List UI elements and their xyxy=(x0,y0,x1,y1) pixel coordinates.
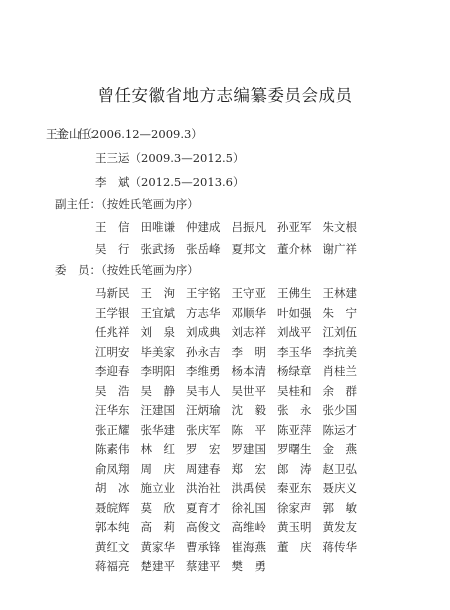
person-name: 肖桂兰 xyxy=(323,363,369,379)
person-name: 董介林 xyxy=(277,241,323,257)
person-name: 黄发友 xyxy=(323,519,369,535)
person-name: 樊 勇 xyxy=(232,558,278,574)
director-section: 主 任：王金山（2006.12—2009.3） xyxy=(0,126,203,142)
person-name: 叶如强 xyxy=(277,305,323,321)
person-name: 王宇铭 xyxy=(186,285,232,301)
person-name: 俞凤翔 xyxy=(95,461,141,477)
name-row: 王学银王宜斌方志华邓顺华叶如强朱 宁 xyxy=(95,305,368,321)
person-name: 黄家华 xyxy=(141,539,187,555)
person-name: 仲建成 xyxy=(186,219,232,235)
person-name: 蔡建平 xyxy=(186,558,232,574)
person-name: 施立业 xyxy=(141,480,187,496)
person-name: 郎 涛 xyxy=(277,461,323,477)
name-row: 李迎春李明阳李维勇杨本清杨绿章肖桂兰 xyxy=(95,363,368,379)
person-name: 吴世平 xyxy=(232,383,278,399)
person-name: 方志华 xyxy=(186,305,232,321)
person-name: 聂庆义 xyxy=(323,480,369,496)
director-entry: 王三运（2009.3—2012.5） xyxy=(95,150,244,166)
person-name: 沈 毅 xyxy=(232,402,278,418)
name-row: 黄红文黄家华曹承锋崔海燕董 庆蒋传华 xyxy=(95,539,368,555)
name-row: 王 信田唯谦仲建成吕振凡孙亚军朱文根 xyxy=(95,219,368,235)
name-row: 马新民王 洵王宇铭王守亚王佛生王林建 xyxy=(95,285,368,301)
person-name: 汪建国 xyxy=(141,402,187,418)
person-name: 刘 泉 xyxy=(141,324,187,340)
person-name: 汪炳瑜 xyxy=(186,402,232,418)
person-name: 王 洵 xyxy=(141,285,187,301)
person-name: 孙亚军 xyxy=(277,219,323,235)
person-name: 李抗美 xyxy=(323,344,369,360)
person-name: 张武扬 xyxy=(141,241,187,257)
members-label: 委 员：（按姓氏笔画为序） xyxy=(55,262,199,278)
person-name: 张岳峰 xyxy=(186,241,232,257)
person-name: 王林建 xyxy=(323,285,369,301)
person-name: 江刘伍 xyxy=(323,324,369,340)
name-row: 任兆祥刘 泉刘成典刘志祥刘战平江刘伍 xyxy=(95,324,368,340)
person-name: 刘成典 xyxy=(186,324,232,340)
person-name: 谢广祥 xyxy=(323,241,369,257)
name-row: 张正耀张华建张庆军陈 平陈亚萍陈运才 xyxy=(95,422,368,438)
person-name: 杨绿章 xyxy=(277,363,323,379)
person-name: 李 明 xyxy=(232,344,278,360)
person-name: 朱文根 xyxy=(323,219,369,235)
name-row: 汪华东汪建国汪炳瑜沈 毅张 永张少国 xyxy=(95,402,368,418)
person-name: 陈亚萍 xyxy=(277,422,323,438)
person-name: 王佛生 xyxy=(277,285,323,301)
deputy-label: 副主任：（按姓氏笔画为序） xyxy=(55,196,199,212)
person-name: 秦亚东 xyxy=(277,480,323,496)
person-name: 夏邦文 xyxy=(232,241,278,257)
person-name: 高 莉 xyxy=(141,519,187,535)
name-row: 陈素伟林 红罗 宏罗建国罗曙生金 燕 xyxy=(95,441,368,457)
person-name: 蒋传华 xyxy=(323,539,369,555)
name-row: 吴 行张武扬张岳峰夏邦文董介林谢广祥 xyxy=(95,241,368,257)
person-name: 赵卫弘 xyxy=(323,461,369,477)
person-name: 吴 浩 xyxy=(95,383,141,399)
person-name: 陈素伟 xyxy=(95,441,141,457)
person-name: 胡 冰 xyxy=(95,480,141,496)
person-name: 罗曙生 xyxy=(277,441,323,457)
person-name: 王守亚 xyxy=(232,285,278,301)
person-name: 李玉华 xyxy=(277,344,323,360)
person-name: 陈运才 xyxy=(323,422,369,438)
person-name: 周 庆 xyxy=(141,461,187,477)
person-name: 蒋福亮 xyxy=(95,558,141,574)
person-name: 李维勇 xyxy=(186,363,232,379)
person-name: 吴韦人 xyxy=(186,383,232,399)
person-name: 张庆军 xyxy=(186,422,232,438)
person-name: 王学银 xyxy=(95,305,141,321)
person-name: 汪华东 xyxy=(95,402,141,418)
name-row: 聂皖辉莫 欣夏育才徐礼国徐家声郭 敏 xyxy=(95,500,368,516)
person-name: 陈 平 xyxy=(232,422,278,438)
person-name: 黄玉明 xyxy=(277,519,323,535)
person-name: 罗建国 xyxy=(232,441,278,457)
person-name: 罗 宏 xyxy=(186,441,232,457)
person-name: 郭 敏 xyxy=(323,500,369,516)
person-name: 毕美家 xyxy=(141,344,187,360)
name-row: 俞凤翔周 庆周建春郑 宏郎 涛赵卫弘 xyxy=(95,461,368,477)
person-name: 张 永 xyxy=(277,402,323,418)
person-name: 余 群 xyxy=(323,383,369,399)
person-name: 夏育才 xyxy=(186,500,232,516)
name-row: 蒋福亮楚建平蔡建平樊 勇 xyxy=(95,558,277,574)
person-name: 吴 静 xyxy=(141,383,187,399)
person-name: 莫 欣 xyxy=(141,500,187,516)
person-name: 林 红 xyxy=(141,441,187,457)
person-name: 吴桂和 xyxy=(277,383,323,399)
director-label: 主 任： xyxy=(55,127,101,141)
person-name: 郭本纯 xyxy=(95,519,141,535)
person-name: 刘志祥 xyxy=(232,324,278,340)
person-name: 洪治社 xyxy=(186,480,232,496)
person-name: 杨本清 xyxy=(232,363,278,379)
person-name: 张华建 xyxy=(141,422,187,438)
person-name: 王 信 xyxy=(95,219,141,235)
person-name: 洪禹侯 xyxy=(232,480,278,496)
person-name: 王宜斌 xyxy=(141,305,187,321)
person-name: 马新民 xyxy=(95,285,141,301)
person-name: 朱 宁 xyxy=(323,305,369,321)
person-name: 郑 宏 xyxy=(232,461,278,477)
person-name: 张正耀 xyxy=(95,422,141,438)
person-name: 楚建平 xyxy=(141,558,187,574)
name-row: 江明安毕美家孙永吉李 明李玉华李抗美 xyxy=(95,344,368,360)
name-row: 吴 浩吴 静吴韦人吴世平吴桂和余 群 xyxy=(95,383,368,399)
person-name: 吴 行 xyxy=(95,241,141,257)
person-name: 邓顺华 xyxy=(232,305,278,321)
person-name: 董 庆 xyxy=(277,539,323,555)
person-name: 崔海燕 xyxy=(232,539,278,555)
person-name: 孙永吉 xyxy=(186,344,232,360)
person-name: 高俊文 xyxy=(186,519,232,535)
name-row: 胡 冰施立业洪治社洪禹侯秦亚东聂庆义 xyxy=(95,480,368,496)
person-name: 李迎春 xyxy=(95,363,141,379)
person-name: 曹承锋 xyxy=(186,539,232,555)
person-name: 周建春 xyxy=(186,461,232,477)
director-entry: 李 斌（2012.5—2013.6） xyxy=(95,174,244,190)
person-name: 金 燕 xyxy=(323,441,369,457)
name-row: 郭本纯高 莉高俊文高维岭黄玉明黄发友 xyxy=(95,519,368,535)
person-name: 田唯谦 xyxy=(141,219,187,235)
person-name: 徐礼国 xyxy=(232,500,278,516)
person-name: 任兆祥 xyxy=(95,324,141,340)
page-title: 曾任安徽省地方志编纂委员会成员 xyxy=(0,82,450,106)
person-name: 张少国 xyxy=(323,402,369,418)
person-name: 聂皖辉 xyxy=(95,500,141,516)
person-name: 江明安 xyxy=(95,344,141,360)
person-name: 高维岭 xyxy=(232,519,278,535)
person-name: 黄红文 xyxy=(95,539,141,555)
person-name: 徐家声 xyxy=(277,500,323,516)
person-name: 吕振凡 xyxy=(232,219,278,235)
person-name: 李明阳 xyxy=(141,363,187,379)
person-name: 刘战平 xyxy=(277,324,323,340)
